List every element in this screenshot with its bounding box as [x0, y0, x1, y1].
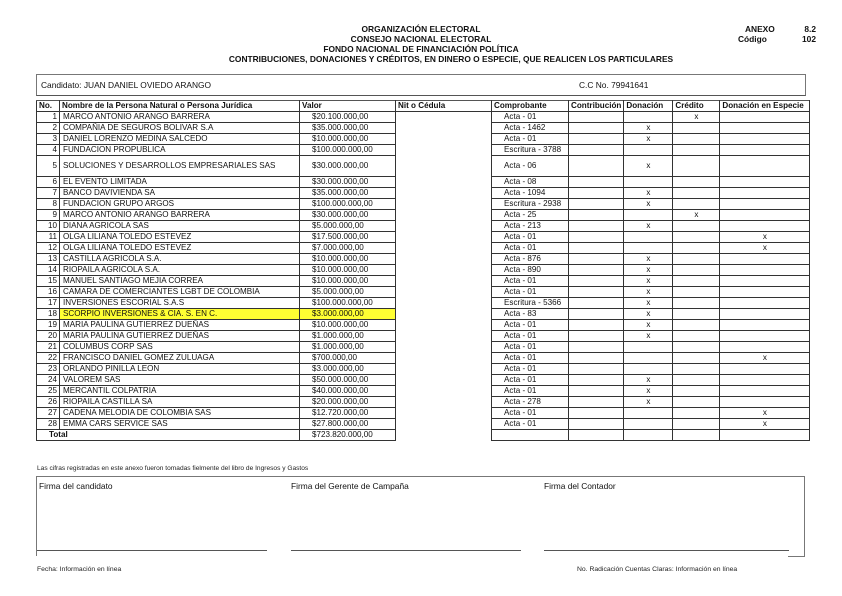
row-number: 27: [37, 408, 60, 419]
document-header: ORGANIZACIÓN ELECTORAL CONSEJO NACIONAL …: [0, 24, 842, 64]
row-contribution: [569, 232, 624, 243]
row-nit: [396, 408, 492, 419]
header-line-3: FONDO NACIONAL DE FINANCIACIÓN POLÍTICA: [0, 44, 842, 54]
row-receipt: Acta - 06: [492, 156, 569, 177]
row-donation: [624, 232, 673, 243]
col-nit: Nit o Cédula: [396, 101, 492, 112]
col-name: Nombre de la Persona Natural o Persona J…: [60, 101, 300, 112]
row-name: EL EVENTO LIMITADA: [60, 177, 300, 188]
row-value: $1.000.000,00: [300, 342, 396, 353]
row-contribution: [569, 188, 624, 199]
row-contribution: [569, 254, 624, 265]
row-receipt: Acta - 01: [492, 419, 569, 430]
row-contribution: [569, 199, 624, 210]
row-contribution: [569, 156, 624, 177]
table-row: 15MANUEL SANTIAGO MEJIA CORREA$10.000.00…: [37, 276, 810, 287]
candidate-signature-label: Firma del candidato: [39, 481, 113, 491]
row-value: $3.000.000,00: [300, 309, 396, 320]
row-value: $10.000.000,00: [300, 254, 396, 265]
row-value: $50.000.000,00: [300, 375, 396, 386]
row-receipt: Acta - 01: [492, 134, 569, 145]
row-number: 9: [37, 210, 60, 221]
table-row: 17INVERSIONES ESCORIAL S.A.S$100.000.000…: [37, 298, 810, 309]
row-value: $40.000.000,00: [300, 386, 396, 397]
header-line-4: CONTRIBUCIONES, DONACIONES Y CRÉDITOS, E…: [60, 54, 842, 64]
row-receipt: Acta - 01: [492, 287, 569, 298]
row-name: BANCO DAVIVIENDA SA: [60, 188, 300, 199]
row-donation: [624, 353, 673, 364]
table-row: 26RIOPAILA CASTILLA SA$20.000.000,00Acta…: [37, 397, 810, 408]
row-number: 28: [37, 419, 60, 430]
row-in-kind: x: [720, 408, 810, 419]
table-row: 16CAMARA DE COMERCIANTES LGBT DE COLOMBI…: [37, 287, 810, 298]
row-nit: [396, 232, 492, 243]
candidate-id: C.C No. 79941641: [579, 80, 648, 90]
row-contribution: [569, 287, 624, 298]
row-contribution: [569, 177, 624, 188]
row-nit: [396, 112, 492, 123]
row-name: CASTILLA AGRICOLA S.A.: [60, 254, 300, 265]
row-donation: [624, 419, 673, 430]
table-row: 19MARIA PAULINA GUTIERREZ DUEÑAS$10.000.…: [37, 320, 810, 331]
row-number: 13: [37, 254, 60, 265]
row-number: 16: [37, 287, 60, 298]
row-receipt: Acta - 01: [492, 386, 569, 397]
row-contribution: [569, 298, 624, 309]
row-credit: [673, 298, 720, 309]
row-receipt: Escritura - 3788: [492, 145, 569, 156]
row-nit: [396, 342, 492, 353]
row-in-kind: [720, 123, 810, 134]
table-row: 10DIANA AGRICOLA SAS$5.000.000,00Acta - …: [37, 221, 810, 232]
row-receipt: Acta - 01: [492, 243, 569, 254]
row-in-kind: [720, 188, 810, 199]
row-nit: [396, 397, 492, 408]
table-header-row: No. Nombre de la Persona Natural o Perso…: [37, 101, 810, 112]
table-row: 24VALOREM SAS$50.000.000,00Acta - 01x: [37, 375, 810, 386]
row-credit: [673, 156, 720, 177]
row-receipt: Acta - 01: [492, 408, 569, 419]
row-nit: [396, 309, 492, 320]
row-credit: [673, 123, 720, 134]
col-receipt: Comprobante: [492, 101, 569, 112]
row-credit: x: [673, 210, 720, 221]
row-in-kind: [720, 145, 810, 156]
row-name: MARCO ANTONIO ARANGO BARRERA: [60, 112, 300, 123]
row-name: MARCO ANTONIO ARANGO BARRERA: [60, 210, 300, 221]
row-number: 15: [37, 276, 60, 287]
row-contribution: [569, 221, 624, 232]
row-credit: [673, 232, 720, 243]
row-credit: [673, 254, 720, 265]
row-name: OLGA LILIANA TOLEDO ESTEVEZ: [60, 232, 300, 243]
row-name: FRANCISCO DANIEL GOMEZ ZULUAGA: [60, 353, 300, 364]
row-donation: [624, 408, 673, 419]
row-credit: [673, 188, 720, 199]
table-row: 13CASTILLA AGRICOLA S.A.$10.000.000,00Ac…: [37, 254, 810, 265]
row-name: RIOPAILA CASTILLA SA: [60, 397, 300, 408]
row-contribution: [569, 243, 624, 254]
row-number: 2: [37, 123, 60, 134]
row-in-kind: x: [720, 419, 810, 430]
row-name: INVERSIONES ESCORIAL S.A.S: [60, 298, 300, 309]
row-name: CADENA MELODIA DE COLOMBIA SAS: [60, 408, 300, 419]
row-nit: [396, 298, 492, 309]
row-credit: [673, 221, 720, 232]
row-donation: [624, 112, 673, 123]
row-credit: [673, 364, 720, 375]
row-value: $5.000.000,00: [300, 221, 396, 232]
table-row: 25MERCANTIL COLPATRIA$40.000.000,00Acta …: [37, 386, 810, 397]
row-name: VALOREM SAS: [60, 375, 300, 386]
table-row: 21COLUMBUS CORP SAS$1.000.000,00Acta - 0…: [37, 342, 810, 353]
annex-label: ANEXO: [738, 24, 786, 34]
table-note: Las cifras registradas en este anexo fue…: [37, 465, 308, 472]
row-in-kind: [720, 309, 810, 320]
row-value: $5.000.000,00: [300, 287, 396, 298]
candidate-box: Candidato: JUAN DANIEL OVIEDO ARANGO C.C…: [36, 74, 806, 96]
row-receipt: Acta - 01: [492, 232, 569, 243]
row-contribution: [569, 210, 624, 221]
row-in-kind: [720, 397, 810, 408]
row-nit: [396, 331, 492, 342]
row-receipt: Acta - 01: [492, 353, 569, 364]
total-value: $723.820.000,00: [300, 430, 396, 441]
row-receipt: Acta - 01: [492, 276, 569, 287]
row-nit: [396, 156, 492, 177]
row-number: 22: [37, 353, 60, 364]
row-name: COLUMBUS CORP SAS: [60, 342, 300, 353]
row-credit: [673, 419, 720, 430]
table-row: 5SOLUCIONES Y DESARROLLOS EMPRESARIALES …: [37, 156, 810, 177]
row-value: $30.000.000,00: [300, 156, 396, 177]
total-label: Total: [37, 430, 300, 441]
accountant-signature-line: [544, 550, 789, 551]
row-credit: [673, 375, 720, 386]
row-credit: [673, 408, 720, 419]
row-in-kind: [720, 364, 810, 375]
row-credit: [673, 342, 720, 353]
row-credit: [673, 386, 720, 397]
table-row: 1MARCO ANTONIO ARANGO BARRERA$20.100.000…: [37, 112, 810, 123]
row-nit: [396, 221, 492, 232]
annex-box: ANEXO 8.2 Código 102: [738, 24, 816, 44]
row-number: 26: [37, 397, 60, 408]
row-credit: [673, 397, 720, 408]
row-in-kind: [720, 254, 810, 265]
row-in-kind: [720, 276, 810, 287]
row-receipt: Acta - 876: [492, 254, 569, 265]
row-name: FUNDACION PROPUBLICA: [60, 145, 300, 156]
footer-radication: No. Radicación Cuentas Claras: Informaci…: [577, 566, 737, 573]
row-donation: x: [624, 386, 673, 397]
row-nit: [396, 254, 492, 265]
row-contribution: [569, 408, 624, 419]
row-number: 8: [37, 199, 60, 210]
row-contribution: [569, 331, 624, 342]
row-contribution: [569, 397, 624, 408]
footer-date: Fecha: Información en línea: [37, 566, 121, 573]
row-credit: [673, 177, 720, 188]
row-in-kind: [720, 265, 810, 276]
row-number: 14: [37, 265, 60, 276]
row-donation: x: [624, 375, 673, 386]
row-nit: [396, 188, 492, 199]
row-credit: [673, 243, 720, 254]
table-row: 3DANIEL LORENZO MEDINA SALCEDO$10.000.00…: [37, 134, 810, 145]
row-donation: x: [624, 309, 673, 320]
row-nit: [396, 123, 492, 134]
accountant-signature-label: Firma del Contador: [544, 481, 616, 491]
row-nit: [396, 276, 492, 287]
row-number: 7: [37, 188, 60, 199]
col-donation: Donación: [624, 101, 673, 112]
row-receipt: Escritura - 2938: [492, 199, 569, 210]
row-value: $100.000.000,00: [300, 298, 396, 309]
row-receipt: Acta - 01: [492, 364, 569, 375]
row-in-kind: [720, 134, 810, 145]
row-receipt: Acta - 83: [492, 309, 569, 320]
row-value: $700.000,00: [300, 353, 396, 364]
row-value: $30.000.000,00: [300, 210, 396, 221]
candidate-signature-line: [37, 550, 267, 551]
row-contribution: [569, 309, 624, 320]
row-number: 4: [37, 145, 60, 156]
table-row: 20MARIA PAULINA GUTIERREZ DUEÑAS$1.000.0…: [37, 331, 810, 342]
col-value: Valor: [300, 101, 396, 112]
row-value: $30.000.000,00: [300, 177, 396, 188]
row-name: DIANA AGRICOLA SAS: [60, 221, 300, 232]
row-contribution: [569, 419, 624, 430]
row-name: RIOPAILA AGRICOLA S.A.: [60, 265, 300, 276]
row-credit: [673, 276, 720, 287]
row-credit: x: [673, 112, 720, 123]
table-row: 28EMMA CARS SERVICE SAS$27.800.000,00Act…: [37, 419, 810, 430]
row-contribution: [569, 342, 624, 353]
row-number: 19: [37, 320, 60, 331]
row-value: $10.000.000,00: [300, 276, 396, 287]
row-receipt: Escritura - 5366: [492, 298, 569, 309]
table-row: 7BANCO DAVIVIENDA SA$35.000.000,00Acta -…: [37, 188, 810, 199]
row-number: 18: [37, 309, 60, 320]
header-line-1: ORGANIZACIÓN ELECTORAL: [0, 24, 842, 34]
row-value: $1.000.000,00: [300, 331, 396, 342]
manager-signature-label: Firma del Gerente de Campaña: [291, 481, 409, 491]
header-line-2: CONSEJO NACIONAL ELECTORAL: [0, 34, 842, 44]
table-row: 22FRANCISCO DANIEL GOMEZ ZULUAGA$700.000…: [37, 353, 810, 364]
row-receipt: Acta - 01: [492, 342, 569, 353]
row-in-kind: [720, 221, 810, 232]
row-contribution: [569, 276, 624, 287]
row-in-kind: x: [720, 243, 810, 254]
row-credit: [673, 265, 720, 276]
signature-box-corner: [788, 556, 805, 557]
row-value: $17.500.000,00: [300, 232, 396, 243]
row-number: 1: [37, 112, 60, 123]
row-nit: [396, 287, 492, 298]
row-donation: [624, 243, 673, 254]
row-donation: x: [624, 254, 673, 265]
row-contribution: [569, 112, 624, 123]
row-name: EMMA CARS SERVICE SAS: [60, 419, 300, 430]
row-donation: [624, 342, 673, 353]
row-name: OLGA LILIANA TOLEDO ESTEVEZ: [60, 243, 300, 254]
annex-value: 8.2: [786, 24, 816, 34]
row-name: DANIEL LORENZO MEDINA SALCEDO: [60, 134, 300, 145]
row-contribution: [569, 123, 624, 134]
col-no: No.: [37, 101, 60, 112]
row-value: $20.000.000,00: [300, 397, 396, 408]
row-receipt: Acta - 890: [492, 265, 569, 276]
row-name: MARIA PAULINA GUTIERREZ DUEÑAS: [60, 331, 300, 342]
row-in-kind: [720, 287, 810, 298]
row-number: 12: [37, 243, 60, 254]
row-value: $27.800.000,00: [300, 419, 396, 430]
table-row: 27CADENA MELODIA DE COLOMBIA SAS$12.720.…: [37, 408, 810, 419]
table-row: 11OLGA LILIANA TOLEDO ESTEVEZ$17.500.000…: [37, 232, 810, 243]
table-row: 18SCORPIO INVERSIONES & CIA. S. EN C.$3.…: [37, 309, 810, 320]
table-row: 4FUNDACION PROPUBLICA$100.000.000,00Escr…: [37, 145, 810, 156]
row-credit: [673, 287, 720, 298]
row-number: 11: [37, 232, 60, 243]
row-nit: [396, 145, 492, 156]
row-name: SCORPIO INVERSIONES & CIA. S. EN C.: [60, 309, 300, 320]
code-label: Código: [738, 34, 786, 44]
row-contribution: [569, 353, 624, 364]
row-value: $10.000.000,00: [300, 320, 396, 331]
row-number: 5: [37, 156, 60, 177]
row-in-kind: [720, 342, 810, 353]
row-credit: [673, 199, 720, 210]
row-credit: [673, 353, 720, 364]
row-number: 25: [37, 386, 60, 397]
row-in-kind: [720, 331, 810, 342]
row-in-kind: [720, 177, 810, 188]
row-nit: [396, 353, 492, 364]
row-value: $35.000.000,00: [300, 123, 396, 134]
row-nit: [396, 265, 492, 276]
row-contribution: [569, 386, 624, 397]
row-receipt: Acta - 01: [492, 375, 569, 386]
col-contribution: Contribución: [569, 101, 624, 112]
row-name: MERCANTIL COLPATRIA: [60, 386, 300, 397]
row-donation: [624, 177, 673, 188]
row-number: 10: [37, 221, 60, 232]
row-donation: x: [624, 199, 673, 210]
row-nit: [396, 364, 492, 375]
row-in-kind: [720, 112, 810, 123]
row-nit: [396, 375, 492, 386]
row-number: 6: [37, 177, 60, 188]
row-donation: x: [624, 320, 673, 331]
row-name: SOLUCIONES Y DESARROLLOS EMPRESARIALES S…: [60, 156, 300, 177]
row-receipt: Acta - 1462: [492, 123, 569, 134]
row-name: MANUEL SANTIAGO MEJIA CORREA: [60, 276, 300, 287]
row-donation: x: [624, 188, 673, 199]
row-value: $10.000.000,00: [300, 134, 396, 145]
row-donation: x: [624, 276, 673, 287]
row-in-kind: [720, 375, 810, 386]
row-in-kind: [720, 210, 810, 221]
row-donation: [624, 210, 673, 221]
row-donation: [624, 145, 673, 156]
row-in-kind: [720, 320, 810, 331]
row-number: 17: [37, 298, 60, 309]
row-number: 23: [37, 364, 60, 375]
row-in-kind: x: [720, 353, 810, 364]
row-donation: [624, 364, 673, 375]
total-row: Total $723.820.000,00: [37, 430, 810, 441]
row-value: $12.720.000,00: [300, 408, 396, 419]
row-credit: [673, 134, 720, 145]
row-value: $3.000.000,00: [300, 364, 396, 375]
row-receipt: Acta - 01: [492, 320, 569, 331]
row-in-kind: [720, 156, 810, 177]
row-receipt: Acta - 01: [492, 331, 569, 342]
row-donation: x: [624, 265, 673, 276]
row-in-kind: [720, 386, 810, 397]
row-number: 3: [37, 134, 60, 145]
row-value: $100.000.000,00: [300, 199, 396, 210]
row-name: ORLANDO PINILLA LEON: [60, 364, 300, 375]
row-credit: [673, 309, 720, 320]
row-in-kind: [720, 298, 810, 309]
row-receipt: Acta - 213: [492, 221, 569, 232]
row-contribution: [569, 375, 624, 386]
row-donation: x: [624, 331, 673, 342]
row-donation: x: [624, 287, 673, 298]
row-value: $20.100.000,00: [300, 112, 396, 123]
row-receipt: Acta - 278: [492, 397, 569, 408]
table-row: 9MARCO ANTONIO ARANGO BARRERA$30.000.000…: [37, 210, 810, 221]
row-number: 20: [37, 331, 60, 342]
row-credit: [673, 320, 720, 331]
table-row: 23ORLANDO PINILLA LEON$3.000.000,00Acta …: [37, 364, 810, 375]
row-contribution: [569, 265, 624, 276]
row-credit: [673, 145, 720, 156]
row-value: $100.000.000,00: [300, 145, 396, 156]
candidate-name: Candidato: JUAN DANIEL OVIEDO ARANGO: [41, 80, 211, 90]
row-contribution: [569, 364, 624, 375]
row-nit: [396, 134, 492, 145]
row-number: 21: [37, 342, 60, 353]
row-donation: x: [624, 221, 673, 232]
row-value: $7.000.000,00: [300, 243, 396, 254]
row-nit: [396, 210, 492, 221]
signature-box: Firma del candidato Firma del Gerente de…: [36, 476, 805, 556]
row-value: $10.000.000,00: [300, 265, 396, 276]
row-value: $35.000.000,00: [300, 188, 396, 199]
row-contribution: [569, 145, 624, 156]
row-name: COMPAÑIA DE SEGUROS BOLIVAR S.A: [60, 123, 300, 134]
code-value: 102: [786, 34, 816, 44]
table-row: 6EL EVENTO LIMITADA$30.000.000,00Acta - …: [37, 177, 810, 188]
row-donation: x: [624, 134, 673, 145]
row-nit: [396, 386, 492, 397]
row-name: CAMARA DE COMERCIANTES LGBT DE COLOMBIA: [60, 287, 300, 298]
row-number: 24: [37, 375, 60, 386]
row-nit: [396, 177, 492, 188]
row-donation: x: [624, 123, 673, 134]
row-receipt: Acta - 08: [492, 177, 569, 188]
row-donation: x: [624, 156, 673, 177]
row-donation: x: [624, 397, 673, 408]
row-nit: [396, 320, 492, 331]
col-credit: Crédito: [673, 101, 720, 112]
row-contribution: [569, 134, 624, 145]
row-name: MARIA PAULINA GUTIERREZ DUEÑAS: [60, 320, 300, 331]
row-credit: [673, 331, 720, 342]
